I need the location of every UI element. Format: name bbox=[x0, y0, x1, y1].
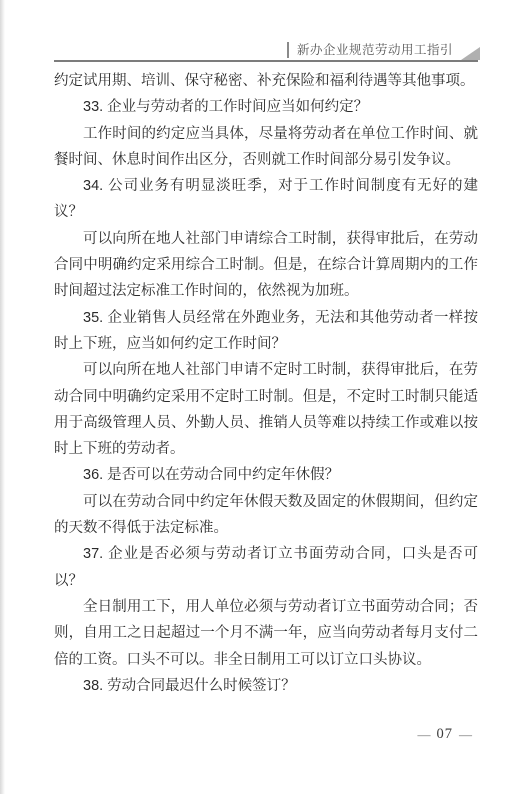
page-header: 新办企业规范劳动用工指引 bbox=[287, 40, 480, 60]
paragraph: 34. 公司业务有明显淡旺季，对于工作时间制度有无好的建议？ bbox=[54, 173, 478, 226]
paragraph: 37. 企业是否必须与劳动者订立书面劳动合同，口头是否可以？ bbox=[54, 541, 478, 594]
paragraph: 可以在劳动合同中约定年休假天数及固定的休假期间，但约定的天数不得低于法定标准。 bbox=[54, 489, 478, 542]
document-page: 新办企业规范劳动用工指引 约定试用期、培训、保守秘密、补充保险和福利待遇等其他事… bbox=[0, 0, 529, 794]
paragraph: 35. 企业销售人员经常在外跑业务，无法和其他劳动者一样按时上下班，应当如何约定… bbox=[54, 305, 478, 358]
paragraph: 36. 是否可以在劳动合同中约定年休假？ bbox=[54, 462, 478, 488]
page-number: 07 bbox=[437, 726, 454, 743]
paragraph: 38. 劳动合同最迟什么时候签订？ bbox=[54, 673, 478, 699]
header-divider-line bbox=[287, 42, 289, 58]
header-title: 新办企业规范劳动用工指引 bbox=[297, 40, 453, 58]
paragraph: 约定试用期、培训、保守秘密、补充保险和福利待遇等其他事项。 bbox=[54, 68, 478, 94]
paragraph: 可以向所在地人社部门申请不定时工时制，获得审批后，在劳动合同中明确约定采用不定时… bbox=[54, 357, 478, 462]
page-body: 约定试用期、培训、保守秘密、补充保险和福利待遇等其他事项。33. 企业与劳动者的… bbox=[54, 68, 478, 699]
footer-dash-right: — bbox=[459, 727, 472, 743]
page-edge-shading bbox=[0, 0, 5, 794]
corner-triangle-icon bbox=[461, 47, 480, 60]
header-rule bbox=[54, 60, 478, 62]
page-footer: — 07 — bbox=[418, 726, 473, 743]
paragraph: 可以向所在地人社部门申请综合工时制，获得审批后，在劳动合同中明确约定采用综合工时… bbox=[54, 226, 478, 305]
paragraph: 全日制用工下，用人单位必须与劳动者订立书面劳动合同；否则，自用工之日起超过一个月… bbox=[54, 594, 478, 673]
paragraph: 工作时间的约定应当具体，尽量将劳动者在单位工作时间、就餐时间、休息时间作出区分，… bbox=[54, 121, 478, 174]
footer-dash-left: — bbox=[418, 727, 431, 743]
paragraph: 33. 企业与劳动者的工作时间应当如何约定？ bbox=[54, 94, 478, 120]
